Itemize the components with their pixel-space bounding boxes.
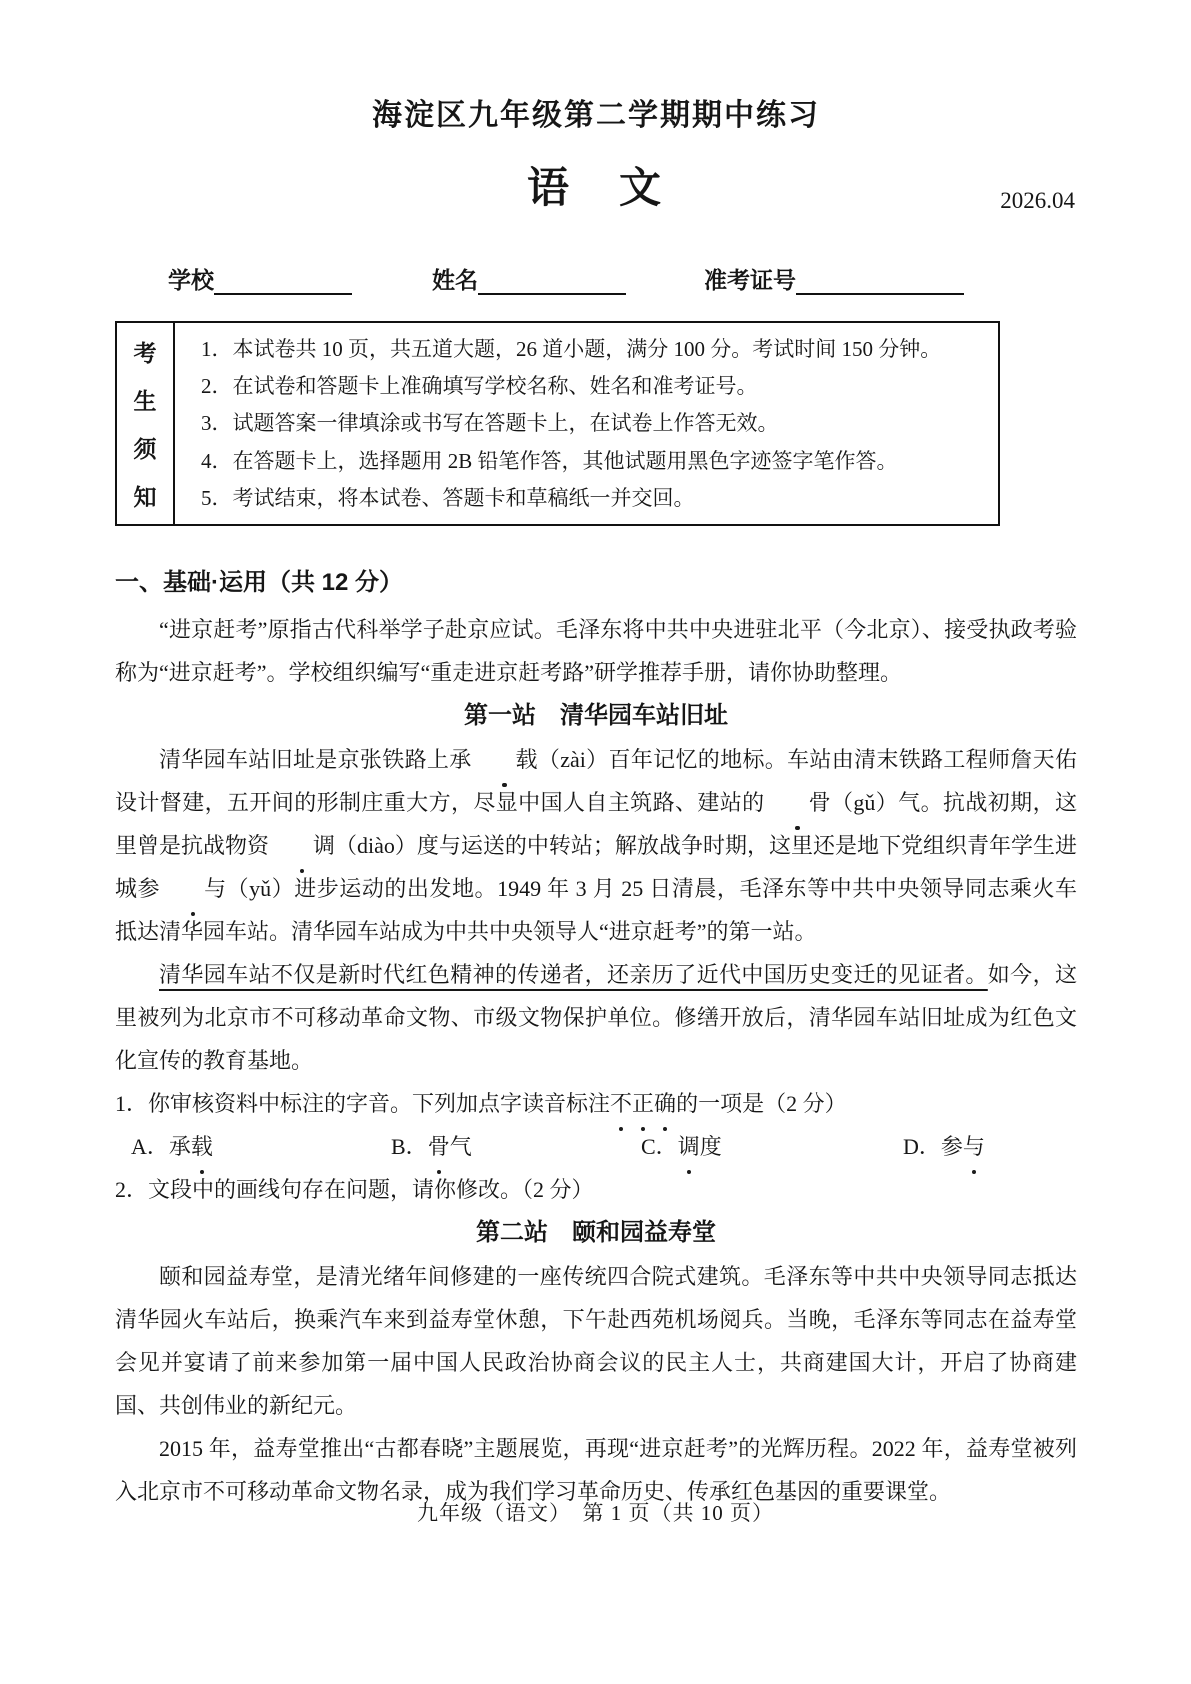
- admission-number-label: 准考证号: [704, 262, 796, 295]
- question-1-stem: 1．你审核资料中标注的字音。下列加点字读音标注不正确的一项是（2 分）: [115, 1082, 1077, 1125]
- section-1-intro: “进京赶考”原指古代科举学子赴京应试。毛泽东将中共中央进驻北平（今北京）、接受执…: [115, 608, 1077, 694]
- page-footer: 九年级（语文） 第 1 页（共 10 页）: [0, 1497, 1191, 1527]
- station-1-paragraph-2: 清华园车站不仅是新时代红色精神的传递者，还亲历了近代中国历史变迁的见证者。如今，…: [115, 953, 1077, 1082]
- station-1-heading: 第一站 清华园车站旧址: [115, 694, 1077, 738]
- admission-number-blank-line: [796, 267, 964, 295]
- exam-paper-page: 海淀区九年级第二学期期中练习 语 文 2026.04 学校 姓名 准考证号 考 …: [115, 0, 1077, 1513]
- option-a: A．承载: [131, 1125, 391, 1168]
- notice-side-label: 考 生 须 知: [117, 323, 175, 524]
- name-label: 姓名: [432, 262, 478, 295]
- notice-item: 1．本试卷共 10 页，共五道大题，26 道小题，满分 100 分。考试时间 1…: [201, 332, 992, 366]
- admission-number-field: 准考证号: [704, 262, 964, 295]
- option-b: B．骨气: [391, 1125, 641, 1168]
- notice-side-char: 须: [134, 431, 157, 464]
- exam-date: 2026.04: [1000, 188, 1075, 214]
- notice-item: 2．在试卷和答题卡上准确填写学校名称、姓名和准考证号。: [201, 369, 992, 403]
- option-d: D．参与: [903, 1125, 1077, 1168]
- notice-item: 4．在答题卡上，选择题用 2B 铅笔作答，其他试题用黑色字迹签字笔作答。: [201, 444, 992, 478]
- name-blank-line: [478, 267, 626, 295]
- candidate-notice-box: 考 生 须 知 1．本试卷共 10 页，共五道大题，26 道小题，满分 100 …: [115, 321, 1000, 526]
- question-2-stem: 2．文段中的画线句存在问题，请你修改。（2 分）: [115, 1168, 1077, 1211]
- station-2-paragraph-1: 颐和园益寿堂，是清光绪年间修建的一座传统四合院式建筑。毛泽东等中共中央领导同志抵…: [115, 1255, 1077, 1427]
- school-label: 学校: [168, 262, 214, 295]
- section-1-heading: 一、基础·运用（共 12 分）: [115, 566, 1077, 600]
- student-info-row: 学校 姓名 准考证号: [115, 262, 1077, 295]
- notice-item: 5．考试结束，将本试卷、答题卡和草稿纸一并交回。: [201, 481, 992, 515]
- station-2-heading: 第二站 颐和园益寿堂: [115, 1211, 1077, 1255]
- school-blank-line: [214, 267, 352, 295]
- school-field: 学校: [168, 262, 352, 295]
- name-field: 姓名: [432, 262, 626, 295]
- question-1-options: A．承载 B．骨气 C．调度 D．参与: [115, 1125, 1077, 1168]
- notice-side-char: 生: [134, 383, 157, 416]
- option-c: C．调度: [641, 1125, 903, 1168]
- notice-side-char: 知: [134, 479, 157, 512]
- subject-title: 语 文: [115, 158, 1077, 220]
- exam-title: 海淀区九年级第二学期期中练习: [115, 90, 1077, 134]
- subject-row: 语 文 2026.04: [115, 158, 1077, 220]
- notice-side-char: 考: [134, 335, 157, 368]
- notice-item: 3．试题答案一律填涂或书写在答题卡上，在试卷上作答无效。: [201, 406, 992, 440]
- notice-items: 1．本试卷共 10 页，共五道大题，26 道小题，满分 100 分。考试时间 1…: [175, 323, 998, 524]
- station-1-paragraph-1: 清华园车站旧址是京张铁路上承载（zài）百年记忆的地标。车站由清末铁路工程师詹天…: [115, 738, 1077, 953]
